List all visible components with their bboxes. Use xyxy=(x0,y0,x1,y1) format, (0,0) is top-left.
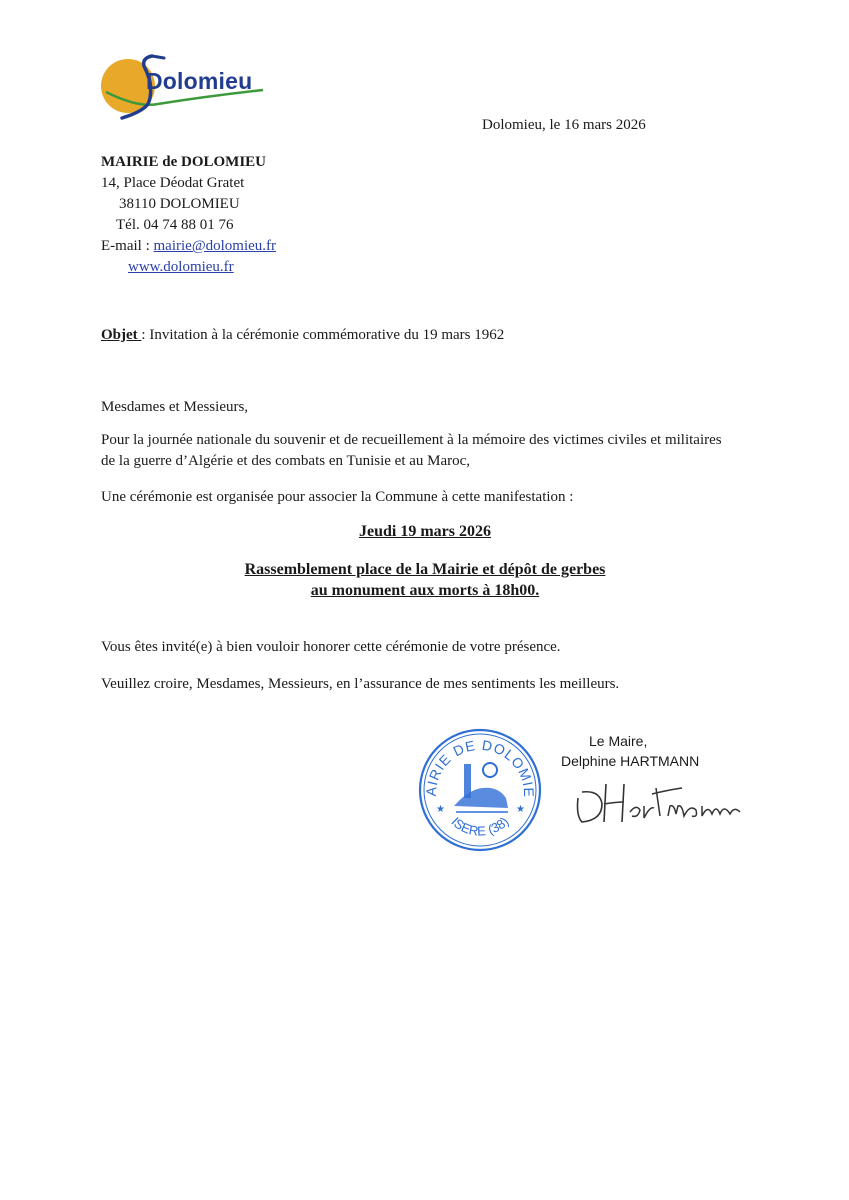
sender-org: MAIRIE de DOLOMIEU xyxy=(101,152,276,173)
official-stamp: MAIRIE DE DOLOMIEU ISERE (38) ★ ★ xyxy=(418,728,542,852)
website-link[interactable]: www.dolomieu.fr xyxy=(128,259,234,275)
event-line-1: Rassemblement place de la Mairie et dépô… xyxy=(100,559,750,580)
sender-address: MAIRIE de DOLOMIEU 14, Place Déodat Grat… xyxy=(101,152,276,278)
subject-text: : Invitation à la cérémonie commémorativ… xyxy=(141,327,504,343)
email-label: E-mail : xyxy=(101,238,154,254)
paragraph-ceremony: Une cérémonie est organisée pour associe… xyxy=(101,487,731,508)
event-date: Jeudi 19 mars 2026 xyxy=(100,521,750,542)
closing-formula: Veuillez croire, Mesdames, Messieurs, en… xyxy=(101,674,731,695)
subject-line: Objet : Invitation à la cérémonie commém… xyxy=(101,327,504,344)
dolomieu-logo: Dolomieu xyxy=(98,52,268,124)
sender-street: 14, Place Déodat Gratet xyxy=(101,173,276,194)
svg-text:MAIRIE DE DOLOMIEU: MAIRIE DE DOLOMIEU xyxy=(418,728,537,798)
salutation: Mesdames et Messieurs, xyxy=(101,397,731,418)
subject-label: Objet xyxy=(101,327,141,343)
svg-text:★: ★ xyxy=(516,804,525,815)
sender-phone: Tél. 04 74 88 01 76 xyxy=(101,215,276,236)
event-line-2: au monument aux morts à 18h00. xyxy=(100,580,750,601)
paragraph-intro: Pour la journée nationale du souvenir et… xyxy=(101,430,731,472)
sender-city: 38110 DOLOMIEU xyxy=(101,194,276,215)
paragraph-invitation: Vous êtes invité(e) à bien vouloir honor… xyxy=(101,637,731,658)
signatory-title: Le Maire, xyxy=(589,731,647,752)
svg-text:★: ★ xyxy=(436,804,445,815)
handwritten-signature xyxy=(572,776,752,832)
svg-text:ISERE (38): ISERE (38) xyxy=(448,814,511,839)
sender-email-line: E-mail : mairie@dolomieu.fr xyxy=(101,236,276,257)
mairie-seal-icon: MAIRIE DE DOLOMIEU ISERE (38) ★ ★ xyxy=(418,728,542,852)
logo-text: Dolomieu xyxy=(146,68,252,95)
signatory-name: Delphine HARTMANN xyxy=(561,751,699,772)
signature-icon xyxy=(572,776,752,832)
email-link[interactable]: mairie@dolomieu.fr xyxy=(154,238,277,254)
place-date: Dolomieu, le 16 mars 2026 xyxy=(482,117,646,134)
